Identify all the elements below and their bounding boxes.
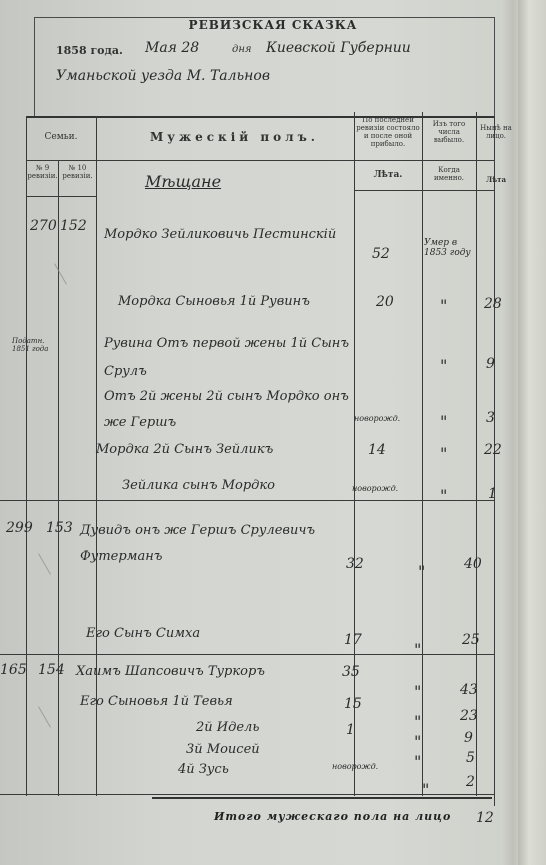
- entry-8-name: Его Сынъ Симха: [86, 626, 200, 641]
- month-day: Мая 28: [145, 40, 199, 56]
- entry-5-left: ": [440, 444, 447, 463]
- pencil-check-mark: [38, 706, 51, 727]
- entry-4-age-last: новорожд.: [354, 414, 400, 423]
- entry-10-name: Его Сыновья 1й Тевья: [80, 694, 233, 709]
- footer-total: 12: [476, 810, 494, 826]
- header-years: Лѣта.: [356, 170, 420, 180]
- entry-11-left: ": [414, 732, 421, 751]
- col-line-1: [58, 160, 59, 796]
- subheader-divider-left: [26, 196, 96, 197]
- col-line-0: [26, 116, 27, 796]
- header-of-those-left: Изъ того числа выбыло.: [424, 120, 474, 144]
- header-rev10: № 10 ревизіи.: [59, 164, 96, 180]
- entry-9-age-now: 43: [460, 682, 478, 698]
- entry-7-left: ": [418, 562, 425, 581]
- entry-7-name: Дувидъ онъ же Гершъ Срулевичъ Футерманъ: [80, 518, 340, 570]
- header-when-exactly: Когда именно.: [424, 166, 474, 182]
- entry-2-age-now: 28: [484, 296, 502, 312]
- entry-11-age-now: 9: [464, 730, 473, 746]
- entry-2-name: Мордка Сыновья 1й Рувинъ: [118, 294, 310, 309]
- family-1-rev10: 152: [60, 218, 87, 234]
- col-line-6: [494, 116, 495, 806]
- entry-8-age-now: 25: [462, 632, 480, 648]
- estate-label: Мѣщане: [145, 172, 221, 191]
- header-years-now: Лѣта: [478, 176, 514, 184]
- entry-11-name: 2й Идель: [196, 720, 259, 735]
- entry-2-left: ": [440, 296, 447, 315]
- col-line-4: [422, 112, 423, 796]
- entry-5-name: Мордка 2й Сынъ Зейликъ: [96, 442, 273, 457]
- entry-5-age-last: 14: [368, 442, 386, 458]
- entry-4-name: Отъ 2й жены 2й сынъ Мордко онъ же Гершъ: [104, 384, 354, 436]
- footer-rule: [152, 797, 492, 799]
- document-title: РЕВИЗСКАЯ СКАЗКА: [0, 18, 546, 32]
- entry-3-age-now: 9: [486, 356, 495, 372]
- entry-8-left: ": [414, 640, 421, 659]
- entry-10-age-last: 15: [344, 696, 362, 712]
- header-last-revision: По последней ревизіи состояло и после он…: [356, 116, 420, 148]
- family-2-rev10: 153: [46, 520, 73, 536]
- family-1-divider: [0, 500, 494, 501]
- entry-13-name: 4й Зусь: [178, 762, 229, 777]
- header-rev9: № 9 ревизіи.: [27, 164, 58, 180]
- header-male-sex: Мужескій полъ.: [150, 130, 319, 144]
- pencil-check-mark: [38, 553, 51, 574]
- district-town: Уманьской уезда М. Тальнов: [56, 68, 270, 84]
- entry-9-left: ": [414, 682, 421, 701]
- day-word: дня: [232, 44, 252, 55]
- col-line-3: [354, 112, 355, 796]
- family-2-divider: [0, 654, 494, 655]
- table-bottom-line: [0, 794, 494, 795]
- entry-6-left: ": [440, 486, 447, 505]
- entry-10-left: ": [414, 712, 421, 731]
- entry-9-name: Хаимъ Шапсовичъ Туркоръ: [76, 664, 265, 679]
- family-1-rev9: 270: [30, 218, 57, 234]
- family-3-rev9: 165: [0, 662, 27, 678]
- entry-5-age-now: 22: [484, 442, 502, 458]
- entry-12-age-last: новорожд.: [332, 762, 378, 771]
- entry-12-age-now: 5: [466, 750, 475, 766]
- family-2-rev9: 299: [6, 520, 33, 536]
- footer-label: Итого мужескаго пола на лицо: [214, 810, 451, 823]
- entry-1-name: Мордко Зейликовичь Пестинскій: [104, 222, 349, 248]
- province: Киевской Губернии: [266, 40, 411, 56]
- family-3-rev10: 154: [38, 662, 65, 678]
- entry-1-age-last: 52: [372, 246, 390, 262]
- entry-2-age-last: 20: [376, 294, 394, 310]
- entry-4-age-now: 3: [486, 410, 495, 426]
- entry-3-name: Рувина Отъ первой жены 1й Сынъ Срулъ: [104, 330, 354, 386]
- document-page: РЕВИЗСКАЯ СКАЗКА 1858 года. Мая 28 дня К…: [0, 0, 546, 865]
- entry-11-age-last: 1: [346, 722, 355, 738]
- entry-10-age-now: 23: [460, 708, 478, 724]
- entry-13-age-now: 2: [466, 774, 475, 790]
- entry-12-left: ": [414, 752, 421, 771]
- entry-6-name: Зейлика сынъ Мордко: [122, 478, 275, 493]
- entry-7-age-last: 32: [346, 556, 364, 572]
- entry-8-age-last: 17: [344, 632, 362, 648]
- entry-3-left: ": [440, 356, 447, 375]
- subheader-divider: [354, 190, 494, 191]
- book-gutter: [518, 0, 546, 865]
- entry-1-left-when: Умер в 1853 году: [424, 238, 476, 258]
- entry-9-age-last: 35: [342, 664, 360, 680]
- entry-7-age-now: 40: [464, 556, 482, 572]
- entry-12-name: 3й Моисей: [186, 742, 260, 757]
- header-present-now: Нынѣ на лицо.: [478, 124, 514, 140]
- year-label: 1858 года.: [56, 44, 123, 57]
- header-families: Семьи.: [28, 132, 94, 142]
- pencil-check-mark: [54, 263, 67, 284]
- family-1-margin-note: Податн. 1851 года: [12, 337, 52, 353]
- entry-6-age-last: новорожд.: [352, 484, 398, 493]
- entry-4-left: ": [440, 412, 447, 431]
